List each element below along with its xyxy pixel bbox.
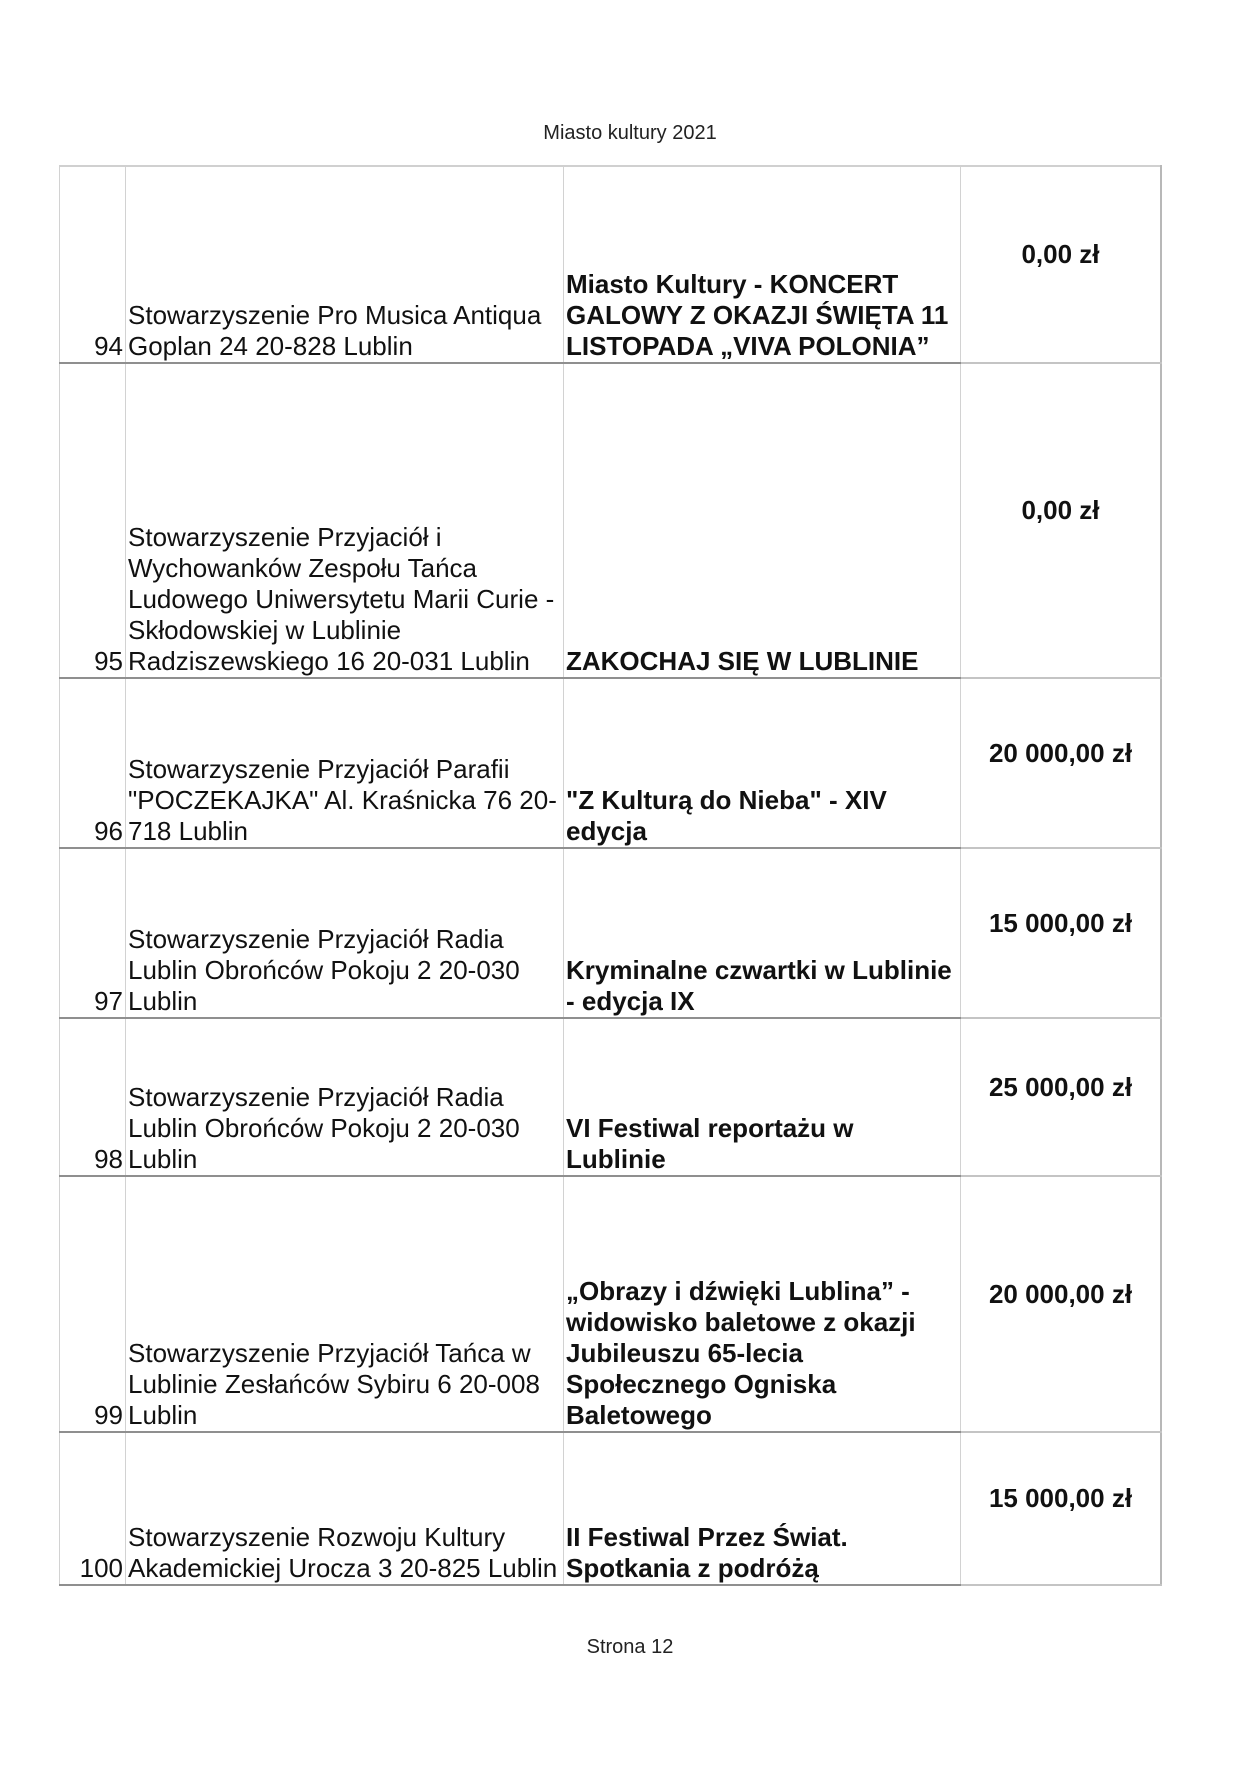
row-number: 94 bbox=[60, 166, 126, 363]
amount-cell: 0,00 zł bbox=[961, 166, 1162, 363]
amount-cell: 15 000,00 zł bbox=[961, 848, 1162, 1018]
organization-text: Stowarzyszenie Pro Musica Antiqua Goplan… bbox=[128, 300, 563, 362]
organization-cell: Stowarzyszenie Przyjaciół Radia Lublin O… bbox=[126, 1018, 564, 1176]
row-number: 96 bbox=[60, 678, 126, 848]
project-text: VI Festiwal reportażu w Lublinie bbox=[566, 1113, 960, 1175]
table-row: 94 Stowarzyszenie Pro Musica Antiqua Gop… bbox=[60, 166, 1162, 363]
grants-table: 94 Stowarzyszenie Pro Musica Antiqua Gop… bbox=[59, 165, 1162, 1586]
amount-cell: 15 000,00 zł bbox=[961, 1432, 1162, 1585]
amount-cell: 25 000,00 zł bbox=[961, 1018, 1162, 1176]
amount-cell: 20 000,00 zł bbox=[961, 1176, 1162, 1432]
amount-value: 20 000,00 zł bbox=[989, 738, 1132, 769]
amount-value: 20 000,00 zł bbox=[989, 1279, 1132, 1310]
row-number: 97 bbox=[60, 848, 126, 1018]
organization-text: Stowarzyszenie Przyjaciół Tańca w Lublin… bbox=[128, 1338, 563, 1431]
amount-value: 15 000,00 zł bbox=[989, 908, 1132, 939]
row-number: 100 bbox=[60, 1432, 126, 1585]
project-cell: II Festiwal Przez Świat. Spotkania z pod… bbox=[564, 1432, 961, 1585]
project-cell: Kryminalne czwartki w Lublinie - edycja … bbox=[564, 848, 961, 1018]
organization-text: Stowarzyszenie Przyjaciół Radia Lublin O… bbox=[128, 924, 563, 1017]
amount-cell: 0,00 zł bbox=[961, 363, 1162, 678]
organization-cell: Stowarzyszenie Przyjaciół Parafii "POCZE… bbox=[126, 678, 564, 848]
project-text: „Obrazy i dźwięki Lublina” - widowisko b… bbox=[566, 1276, 960, 1431]
amount-cell: 20 000,00 zł bbox=[961, 678, 1162, 848]
project-cell: VI Festiwal reportażu w Lublinie bbox=[564, 1018, 961, 1176]
project-text: ZAKOCHAJ SIĘ W LUBLINIE bbox=[566, 646, 960, 677]
organization-text: Stowarzyszenie Przyjaciół Radia Lublin O… bbox=[128, 1082, 563, 1175]
project-text: II Festiwal Przez Świat. Spotkania z pod… bbox=[566, 1522, 960, 1584]
project-text: Kryminalne czwartki w Lublinie - edycja … bbox=[566, 955, 960, 1017]
table-row: 100 Stowarzyszenie Rozwoju Kultury Akade… bbox=[60, 1432, 1162, 1585]
organization-text: Stowarzyszenie Rozwoju Kultury Akademick… bbox=[128, 1522, 563, 1584]
amount-value: 25 000,00 zł bbox=[989, 1072, 1132, 1103]
organization-cell: Stowarzyszenie Przyjaciół Tańca w Lublin… bbox=[126, 1176, 564, 1432]
page-number: Strona 12 bbox=[0, 1636, 1260, 1659]
row-number: 95 bbox=[60, 363, 126, 678]
table-row: 95 Stowarzyszenie Przyjaciół i Wychowank… bbox=[60, 363, 1162, 678]
organization-text: Stowarzyszenie Przyjaciół i Wychowanków … bbox=[128, 522, 563, 677]
table-row: 98 Stowarzyszenie Przyjaciół Radia Lubli… bbox=[60, 1018, 1162, 1176]
project-cell: „Obrazy i dźwięki Lublina” - widowisko b… bbox=[564, 1176, 961, 1432]
amount-value: 0,00 zł bbox=[1021, 495, 1099, 526]
organization-cell: Stowarzyszenie Przyjaciół i Wychowanków … bbox=[126, 363, 564, 678]
project-text: "Z Kulturą do Nieba" - XIV edycja bbox=[566, 785, 960, 847]
row-number: 99 bbox=[60, 1176, 126, 1432]
project-cell: ZAKOCHAJ SIĘ W LUBLINIE bbox=[564, 363, 961, 678]
project-cell: "Z Kulturą do Nieba" - XIV edycja bbox=[564, 678, 961, 848]
project-text: Miasto Kultury - KONCERT GALOWY Z OKAZJI… bbox=[566, 269, 960, 362]
table-row: 97 Stowarzyszenie Przyjaciół Radia Lubli… bbox=[60, 848, 1162, 1018]
organization-cell: Stowarzyszenie Przyjaciół Radia Lublin O… bbox=[126, 848, 564, 1018]
project-cell: Miasto Kultury - KONCERT GALOWY Z OKAZJI… bbox=[564, 166, 961, 363]
amount-value: 15 000,00 zł bbox=[989, 1483, 1132, 1514]
table-row: 99 Stowarzyszenie Przyjaciół Tańca w Lub… bbox=[60, 1176, 1162, 1432]
row-number: 98 bbox=[60, 1018, 126, 1176]
page-header: Miasto kultury 2021 bbox=[0, 122, 1260, 145]
organization-cell: Stowarzyszenie Pro Musica Antiqua Goplan… bbox=[126, 166, 564, 363]
table-row: 96 Stowarzyszenie Przyjaciół Parafii "PO… bbox=[60, 678, 1162, 848]
organization-text: Stowarzyszenie Przyjaciół Parafii "POCZE… bbox=[128, 754, 563, 847]
amount-value: 0,00 zł bbox=[1021, 239, 1099, 270]
organization-cell: Stowarzyszenie Rozwoju Kultury Akademick… bbox=[126, 1432, 564, 1585]
